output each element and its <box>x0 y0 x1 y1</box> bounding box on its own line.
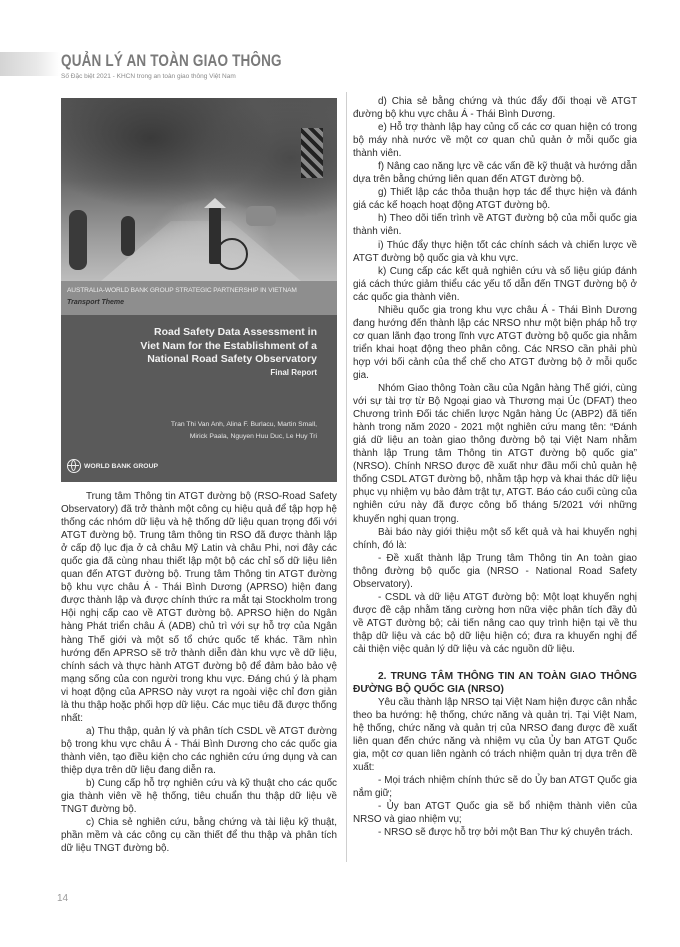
paragraph: - NRSO sẽ được hỗ trợ bởi một Ban Thư ký… <box>353 826 637 839</box>
report-title-line: National Road Safety Observatory <box>77 353 317 367</box>
paragraph: Trung tâm Thông tin ATGT đường bộ (RSO-R… <box>61 490 337 725</box>
motorbike-rider <box>121 216 135 256</box>
motorbike-rider <box>69 210 87 270</box>
authors-line: Mirick Paala, Nguyen Huu Duc, Le Huy Tri <box>67 431 317 443</box>
paragraph: g) Thiết lập các thỏa thuận hợp tác để t… <box>353 186 637 212</box>
paragraph: i) Thúc đẩy thực hiện tốt các chính sách… <box>353 239 637 265</box>
paragraph: h) Theo dõi tiến trình về ATGT đường bộ … <box>353 212 637 238</box>
paragraph: f) Nâng cao năng lực về các vấn đề kỹ th… <box>353 160 637 186</box>
paragraph: a) Thu thập, quản lý và phân tích CSDL v… <box>61 725 337 777</box>
car-shape <box>246 206 276 226</box>
paragraph: Bài báo này giới thiệu một số kết quả và… <box>353 526 637 552</box>
report-title-line: Road Safety Data Assessment in <box>77 326 317 340</box>
paragraph: - Mọi trách nhiệm chính thức sẽ do Ủy ba… <box>353 774 637 800</box>
partnership-label: AUSTRALIA-WORLD BANK GROUP STRATEGIC PAR… <box>67 287 297 294</box>
street-vendor <box>209 204 221 264</box>
paragraph: e) Hỗ trợ thành lập hay củng cố các cơ q… <box>353 121 637 160</box>
paragraph: d) Chia sẻ bằng chứng và thúc đẩy đối th… <box>353 95 637 121</box>
section-heading: 2. TRUNG TÂM THÔNG TIN AN TOÀN GIAO THÔN… <box>353 670 637 696</box>
page-number: 14 <box>57 893 68 904</box>
paragraph: Yêu cầu thành lập NRSO tại Việt Nam hiện… <box>353 696 637 774</box>
report-authors: Tran Thi Van Anh, Alina F. Burlacu, Mart… <box>67 419 317 443</box>
report-subtitle: Final Report <box>270 368 317 377</box>
magazine-subtitle: Số Đặc biệt 2021 - KHCN trong an toàn gi… <box>61 73 236 80</box>
conical-hat <box>204 198 226 208</box>
paragraph: - Đề xuất thành lập Trung tâm Thông tin … <box>353 552 637 591</box>
cover-band: AUSTRALIA-WORLD BANK GROUP STRATEGIC PAR… <box>61 281 337 315</box>
report-cover-image: AUSTRALIA-WORLD BANK GROUP STRATEGIC PAR… <box>61 98 337 482</box>
paragraph: b) Cung cấp hỗ trợ nghiên cứu và kỹ thuậ… <box>61 777 337 816</box>
street-photo <box>61 98 337 281</box>
world-bank-logo: WORLD BANK GROUP <box>67 459 158 473</box>
report-title-line: Viet Nam for the Establishment of a <box>77 340 317 354</box>
paragraph: - CSDL và dữ liệu ATGT đường bộ: Một loạ… <box>353 591 637 656</box>
authors-line: Tran Thi Van Anh, Alina F. Burlacu, Mart… <box>67 419 317 431</box>
magazine-title: QUẢN LÝ AN TOÀN GIAO THÔNG <box>61 52 282 71</box>
paragraph: c) Chia sẻ nghiên cứu, bằng chứng và tài… <box>61 816 337 855</box>
globe-icon <box>67 459 81 473</box>
paragraph: Nhóm Giao thông Toàn cầu của Ngân hàng T… <box>353 382 637 526</box>
paragraph: k) Cung cấp các kết quả nghiên cứu và số… <box>353 265 637 304</box>
logo-text: WORLD BANK GROUP <box>84 463 158 470</box>
paragraph: - Ủy ban ATGT Quốc gia sẽ bổ nhiệm thành… <box>353 800 637 826</box>
left-column: Trung tâm Thông tin ATGT đường bộ (RSO-R… <box>61 490 337 855</box>
column-divider <box>346 92 347 862</box>
right-column: d) Chia sẻ bằng chứng và thúc đẩy đối th… <box>353 95 637 840</box>
report-title: Road Safety Data Assessment in Viet Nam … <box>77 326 317 367</box>
flag-banner <box>301 128 323 178</box>
theme-label: Transport Theme <box>67 299 124 306</box>
paragraph: Nhiều quốc gia trong khu vực châu Á - Th… <box>353 304 637 382</box>
header-gradient-bar <box>0 52 60 76</box>
